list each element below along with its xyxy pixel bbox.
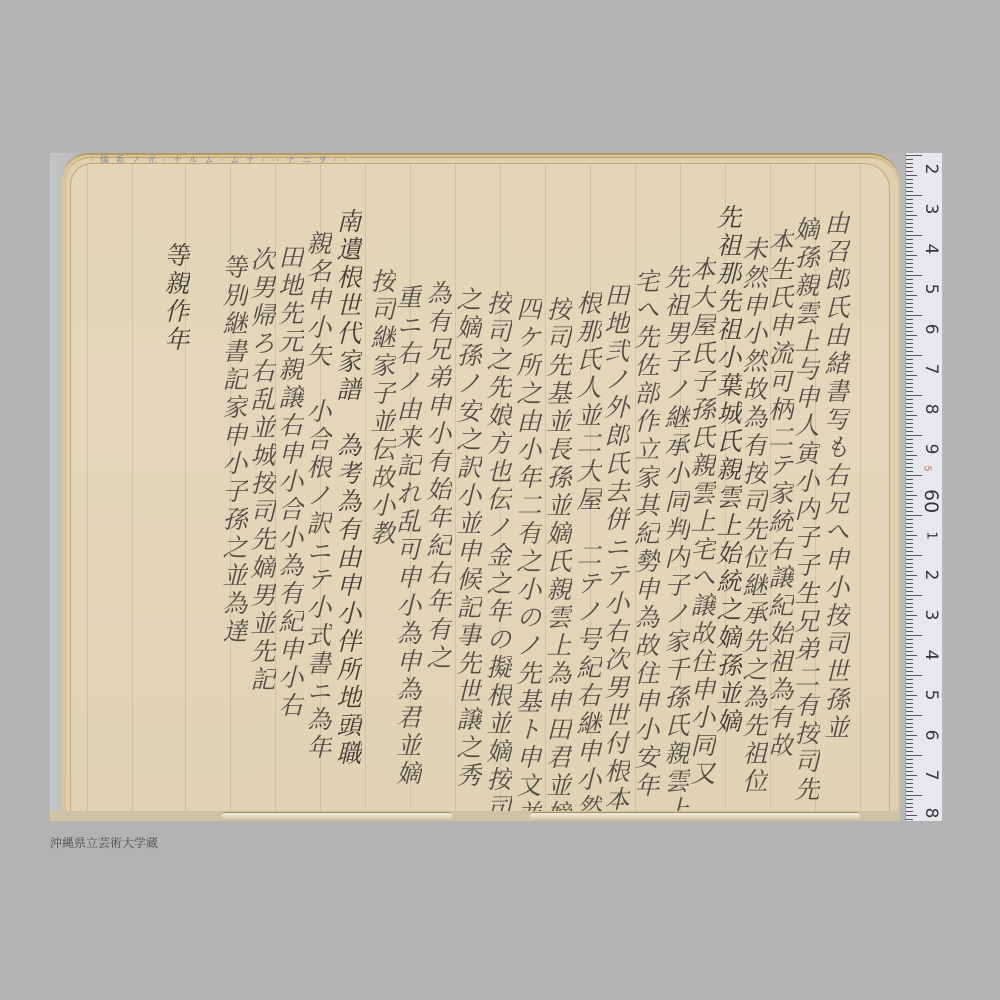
- collection-credit: 沖縄県立芸術大学蔵: [50, 834, 158, 851]
- ruler-label: 2: [921, 564, 941, 586]
- ruler-tick: [906, 343, 913, 344]
- ruler-tick: [906, 507, 913, 508]
- ruler-tick: [906, 247, 913, 248]
- ruler-tick: [906, 287, 913, 288]
- ruler-tick: [906, 535, 917, 536]
- text-column-9: 田地弐ノ外郎氏去併ニテ小右次男世付根本家: [603, 282, 628, 814]
- ruler-tick: [906, 259, 913, 260]
- ruler-tick: [906, 703, 913, 704]
- manuscript-page: 由召郎氏由緒書写も右兄へ申小按司世孫並 嫡孫親雲上与申人寅小内子子生兄弟二有按司…: [70, 163, 890, 814]
- ruler-tick: [906, 623, 913, 624]
- ruler-tick: [906, 663, 913, 664]
- ruler-tick: [906, 651, 913, 652]
- ruler-tick: [906, 503, 913, 504]
- ruler-tick: [906, 515, 922, 516]
- measurement-ruler: 2 3 4 5 6 7 8 9 5 60 1 2 3 4 5 6 7 8: [905, 153, 942, 821]
- ruler-tick: [906, 311, 913, 312]
- ruler-tick: [906, 275, 922, 276]
- ruler-tick: [906, 391, 913, 392]
- ruler-tick: [906, 815, 917, 816]
- ruler-tick: [906, 583, 913, 584]
- ruler-tick: [906, 611, 913, 612]
- ruler-tick: [906, 307, 913, 308]
- ruler-tick: [906, 347, 913, 348]
- ruler-tick: [906, 363, 913, 364]
- ruler-tick: [906, 339, 913, 340]
- ruler-tick: [906, 747, 913, 748]
- ruler-tick: [906, 759, 913, 760]
- ruler-tick: [906, 699, 913, 700]
- ruler-tick: [906, 631, 913, 632]
- ruler-tick: [906, 399, 913, 400]
- ruler-tick: [906, 195, 922, 196]
- ruler-tick: [906, 219, 913, 220]
- ruler-tick: [906, 183, 913, 184]
- ruler-tick: [906, 379, 913, 380]
- ruler-tick: [906, 283, 913, 284]
- ruler-tick: [906, 731, 913, 732]
- ruler-tick: [906, 547, 913, 548]
- text-column-20: 田地先元親譲右申小合小為有紀申小右: [277, 244, 302, 720]
- ruler-tick: [906, 383, 913, 384]
- ruler-tick: [906, 563, 913, 564]
- ruler-tick: [906, 487, 913, 488]
- ruler-tick: [906, 415, 917, 416]
- ruler-tick: [906, 771, 913, 772]
- ruler-tick: [906, 223, 913, 224]
- ruler-tick: [906, 683, 913, 684]
- ruler-label: 8: [921, 398, 941, 420]
- ruler-tick: [906, 299, 913, 300]
- ruler-label: 8: [921, 802, 941, 821]
- ruler-tick: [906, 431, 913, 432]
- ruler-tick: [906, 783, 913, 784]
- ruler-tick: [906, 811, 913, 812]
- ruler-tick: [906, 315, 922, 316]
- ruler-tick: [906, 767, 913, 768]
- ruler-tick: [906, 211, 913, 212]
- text-column-1: 由召郎氏由緒書写も右兄へ申小按司世孫並: [823, 210, 848, 742]
- ruler-label: 7: [921, 358, 941, 380]
- ruler-tick: [906, 715, 922, 716]
- ruler-tick: [906, 591, 913, 592]
- text-column-15: 為有兄弟申小有始年紀右年有之: [425, 280, 450, 672]
- ruler-tick: [906, 235, 922, 236]
- ruler-tick: [906, 475, 922, 476]
- ruler-tick: [906, 159, 913, 160]
- ruler-label: 5: [921, 684, 941, 706]
- ruler-tick: [906, 791, 913, 792]
- ruler-tick: [906, 351, 913, 352]
- ruler-tick: [906, 295, 917, 296]
- ruler-tick: [906, 435, 922, 436]
- ruler-tick: [906, 467, 913, 468]
- text-column-signature: 等親作年: [163, 242, 188, 354]
- ruler-tick: [906, 743, 913, 744]
- ruler-label: 4: [921, 238, 941, 260]
- ruler-tick: [906, 335, 917, 336]
- ruler-tick: [906, 443, 913, 444]
- ruler-tick: [906, 527, 913, 528]
- ruler-tick: [906, 523, 913, 524]
- ruler-tick: [906, 803, 913, 804]
- ruler-tick: [906, 423, 913, 424]
- ruler-tick: [906, 375, 917, 376]
- ruler-tick: [906, 627, 913, 628]
- ruler-tick: [906, 675, 922, 676]
- text-column-11: 按司先基並長孫並嫡氏親雲上為申田君並嫡: [545, 296, 570, 814]
- ruler-tick: [906, 579, 913, 580]
- ruler-tick: [906, 539, 913, 540]
- text-column-8: 宅へ先佐部作立家其紀勢申為故住申小安年: [633, 268, 658, 800]
- ruler-tick: [906, 679, 913, 680]
- ruler-tick: [906, 291, 913, 292]
- ruler-tick: [906, 243, 913, 244]
- ruler-tick: [906, 451, 913, 452]
- ruler-tick: [906, 735, 917, 736]
- binding-stitch-right: [530, 812, 860, 819]
- text-column-19: 親名申小矢 小合根ノ訳ニテ小式書ニ為年: [305, 230, 330, 762]
- ruler-label: 6: [921, 724, 941, 746]
- ruler-label: 5: [921, 278, 941, 300]
- ruler-label: 2: [921, 158, 941, 180]
- ruler-tick: [906, 255, 917, 256]
- ruler-tick: [906, 691, 913, 692]
- ruler-tick: [906, 499, 913, 500]
- ruler-tick: [906, 559, 913, 560]
- ruler-tick: [906, 387, 913, 388]
- ruler-tick: [906, 667, 913, 668]
- binding-stitch-left: [222, 812, 452, 819]
- ruler-tick: [906, 175, 917, 176]
- ruler-tick: [906, 723, 913, 724]
- ruler-tick: [906, 687, 913, 688]
- ruler-tick: [906, 795, 922, 796]
- text-column-16: 重ニ右ノ由来記れ乱可申小為申為君並嫡: [395, 284, 420, 788]
- ruler-tick: [906, 599, 913, 600]
- ruler-tick: [906, 567, 913, 568]
- ruler-tick: [906, 595, 922, 596]
- ruler-tick: [906, 655, 917, 656]
- text-column-13: 按司之先娘方也伝ノ金之年の擬根並嫡按司: [485, 290, 510, 814]
- ruler-tick: [906, 251, 913, 252]
- ruler-label: 3: [921, 198, 941, 220]
- ruler-tick: [906, 263, 913, 264]
- ruler-tick: [906, 727, 913, 728]
- ruler-tick: [906, 403, 913, 404]
- ruler-tick: [906, 371, 913, 372]
- ruler-tick: [906, 327, 913, 328]
- text-column-5: 先祖那先祖小葉城氏親雲上始統之嫡孫並嫡: [715, 204, 740, 736]
- ruler-tick: [906, 671, 913, 672]
- ruler-tick: [906, 439, 913, 440]
- ruler-tick: [906, 619, 913, 620]
- ruler-tick: [906, 411, 913, 412]
- text-column-17: 按司継家子並伝故小教: [369, 268, 394, 548]
- ruler-tick: [906, 407, 913, 408]
- text-column-6: 本大屋氏子孫氏親雲上宅へ譲故住申小同又: [689, 256, 714, 788]
- text-column-18: 南遺根世代家譜 為考為有由申小伴所地頭職: [335, 208, 360, 768]
- ruler-tick: [906, 395, 922, 396]
- ruler-tick: [906, 239, 913, 240]
- text-column-14: 之嫡孫ノ安之訳小並申候記事先世譲之秀: [455, 286, 480, 790]
- ruler-tick: [906, 323, 913, 324]
- ruler-tick: [906, 231, 913, 232]
- ruler-red-mark: 5: [922, 458, 933, 480]
- ruler-tick: [906, 171, 913, 172]
- ruler-tick: [906, 179, 913, 180]
- ruler-tick: [906, 543, 913, 544]
- ruler-tick: [906, 471, 913, 472]
- ruler-tick: [906, 659, 913, 660]
- ruler-tick: [906, 755, 922, 756]
- ruler-tick: [906, 511, 913, 512]
- ruler-tick: [906, 719, 913, 720]
- ruler-tick: [906, 607, 913, 608]
- ruler-tick: [906, 707, 913, 708]
- ruler-tick: [906, 635, 922, 636]
- text-column-10: 根那氏人並二大屋 二テノ号紀右継申小然君: [575, 290, 600, 814]
- ruler-tick: [906, 495, 917, 496]
- ruler-tick: [906, 575, 917, 576]
- ruler-tick: [906, 427, 913, 428]
- ruler-tick: [906, 303, 913, 304]
- ruler-tick: [906, 551, 913, 552]
- ruler-label: 4: [921, 644, 941, 666]
- ruler-label: 3: [921, 604, 941, 626]
- ruler-tick: [906, 751, 913, 752]
- ruler-tick: [906, 163, 913, 164]
- text-column-7: 先祖男子ノ継承小同判内子ノ家千孫氏親雲上: [663, 264, 688, 814]
- ruler-tick: [906, 203, 913, 204]
- ruler-label: 60: [920, 489, 942, 511]
- ruler-tick: [906, 367, 913, 368]
- ruler-tick: [906, 519, 913, 520]
- ruler-tick: [906, 695, 917, 696]
- ruler-tick: [906, 355, 922, 356]
- ruler-tick: [906, 215, 917, 216]
- ruler-tick: [906, 463, 913, 464]
- ruler-tick: [906, 199, 913, 200]
- ruler-tick: [906, 331, 913, 332]
- text-column-22: 等別継書記家申小子孫之並為達: [221, 254, 246, 646]
- ruler-tick: [906, 319, 913, 320]
- ruler-label: 1: [924, 525, 939, 547]
- ruler-tick: [906, 711, 913, 712]
- ruler-tick: [906, 531, 913, 532]
- ruler-tick: [906, 799, 913, 800]
- ruler-tick: [906, 615, 917, 616]
- ruler-tick: [906, 447, 913, 448]
- text-column-2: 嫡孫親雲上与申人寅小内子子生兄弟二有按司先: [793, 216, 818, 804]
- ruler-tick: [906, 455, 917, 456]
- ruler-tick: [906, 479, 913, 480]
- ruler-tick: [906, 807, 913, 808]
- ruler-tick: [906, 191, 913, 192]
- text-column-3: 本生氏申流可柄二テ家統右譲紀始祖為有故: [767, 228, 792, 760]
- ruler-tick: [906, 587, 913, 588]
- text-column-21: 次男帰ろ右乱並城按司先嫡男並先記: [249, 246, 274, 694]
- ruler-tick: [906, 359, 913, 360]
- ruler-tick: [906, 167, 913, 168]
- ruler-tick: [906, 643, 913, 644]
- text-column-4: 未然申小然故為有按司先位継承先之為先祖位: [741, 236, 766, 796]
- ruler-tick: [906, 279, 913, 280]
- ruler-tick: [906, 819, 913, 820]
- ruler-tick: [906, 603, 913, 604]
- ruler-tick: [906, 187, 913, 188]
- ruler-tick: [906, 555, 922, 556]
- ruler-tick: [906, 571, 913, 572]
- ruler-tick: [906, 207, 913, 208]
- ruler-label: 6: [921, 318, 941, 340]
- ruler-tick: [906, 491, 913, 492]
- ruler-tick: [906, 647, 913, 648]
- ruler-tick: [906, 267, 913, 268]
- ruler-tick: [906, 155, 922, 156]
- ruler-label: 7: [921, 764, 941, 786]
- ruler-tick: [906, 271, 913, 272]
- ruler-tick: [906, 775, 917, 776]
- ruler-tick: [906, 483, 913, 484]
- ruler-tick: [906, 787, 913, 788]
- ruler-tick: [906, 419, 913, 420]
- ruler-tick: [906, 459, 913, 460]
- ruler-tick: [906, 739, 913, 740]
- ruler-tick: [906, 779, 913, 780]
- ruler-tick: [906, 763, 913, 764]
- ruler-tick: [906, 227, 913, 228]
- ruler-tick: [906, 639, 913, 640]
- manuscript-photo: · 儀 系 ノ 元 · ナ ル ム · ム ナ · ·· ナ ニ ヲ · · 由…: [50, 153, 945, 821]
- text-column-12: 四ケ所之由小年二有之小のノ先基ト申文並嫡: [515, 296, 540, 814]
